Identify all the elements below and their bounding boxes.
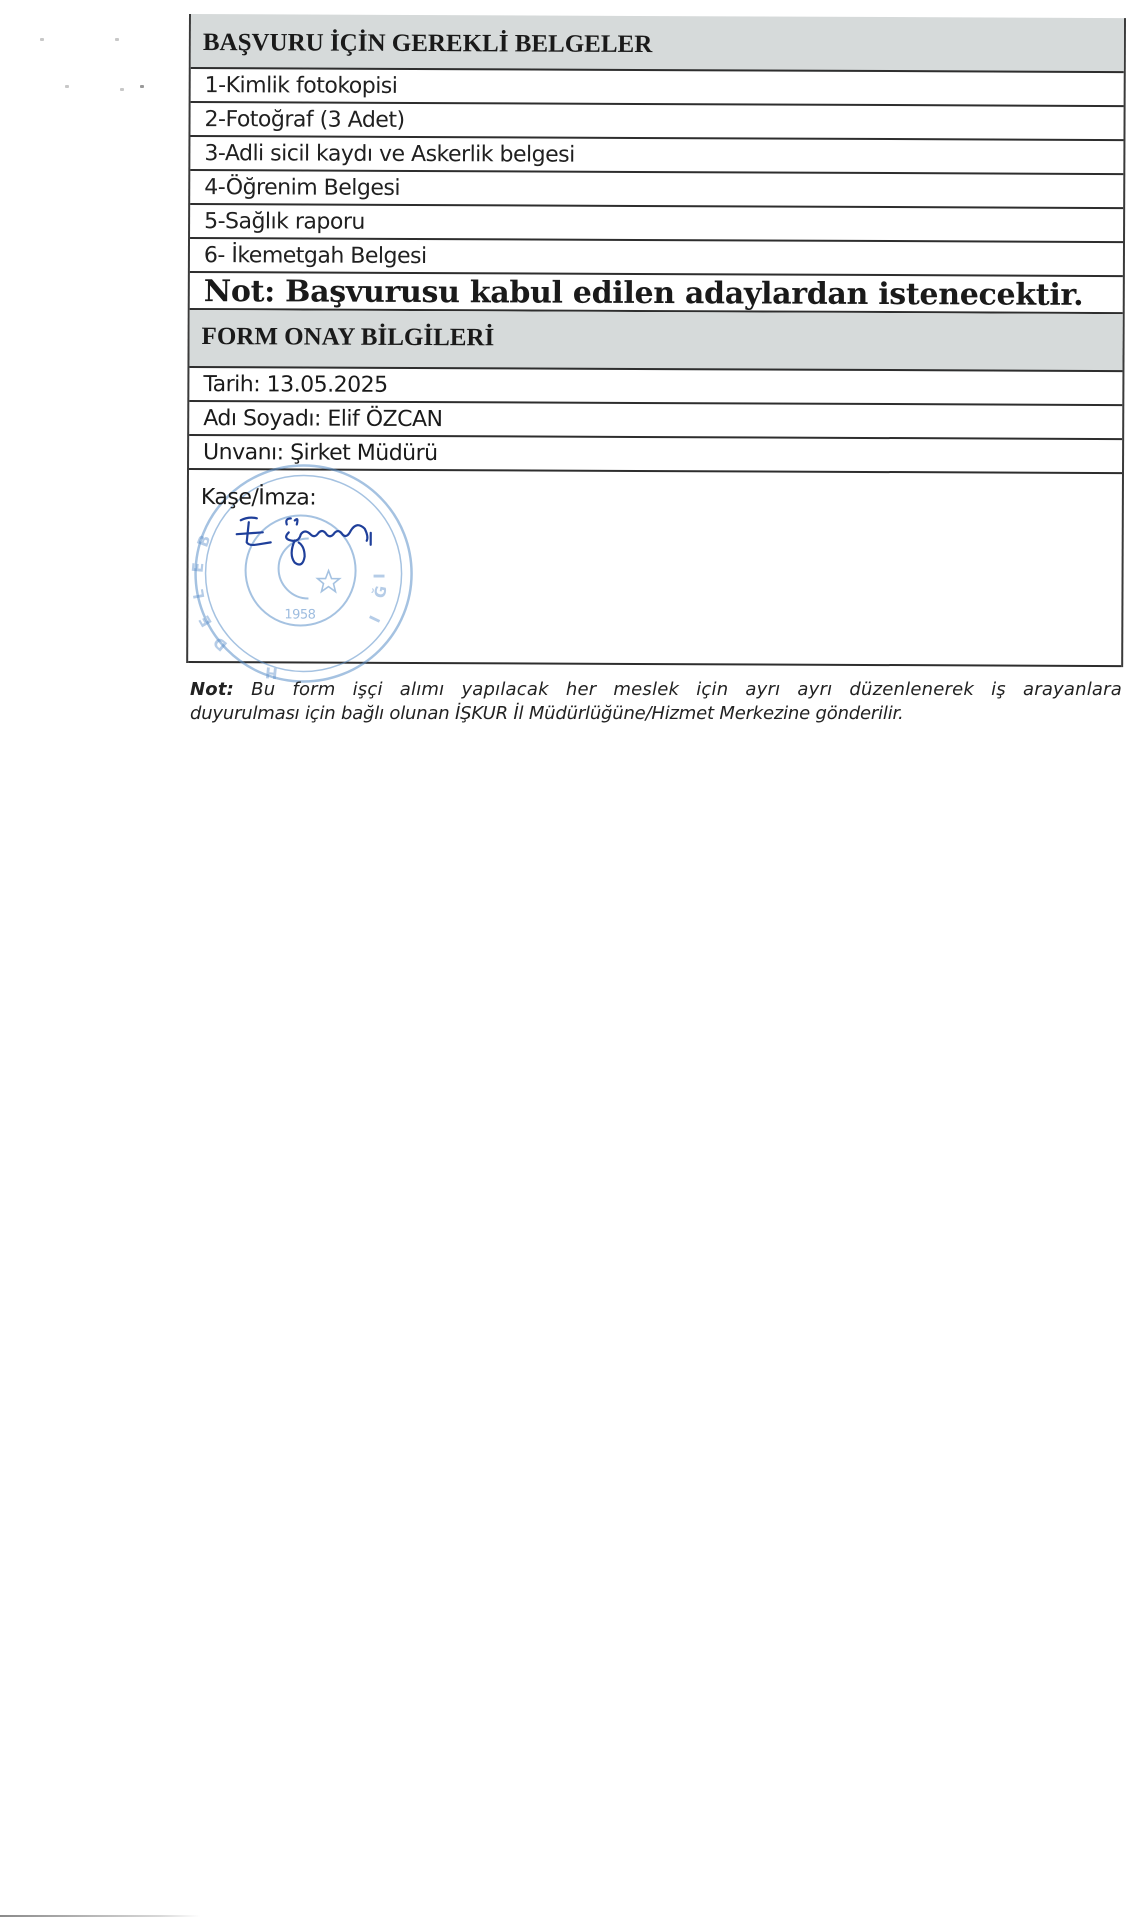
scan-speck (65, 85, 69, 88)
scan-speck (115, 38, 119, 41)
stamp-signature-area: 1958 B E L E D H I Ğ I Kaşe/İmza: (188, 470, 1122, 667)
required-document-item: 4-Öğrenim Belgesi (190, 171, 1123, 209)
svg-text:E: E (189, 562, 208, 574)
footnote-line-1: Not: Bu form işçi alımı yapılacak her me… (190, 678, 1122, 702)
scan-specks (30, 30, 170, 100)
svg-text:I: I (371, 574, 389, 579)
stamp-signature-label: Kaşe/İmza: (201, 484, 316, 513)
form-approval-header: FORM ONAY BİLGİLERİ (189, 310, 1122, 372)
footnote-line-1-text: Bu form işçi alımı yapılacak her meslek … (251, 679, 1122, 700)
scan-speck (40, 38, 44, 41)
required-document-item: 3-Adli sicil kaydı ve Askerlik belgesi (190, 137, 1123, 175)
scan-speck (120, 88, 124, 91)
approval-date: Tarih: 13.05.2025 (189, 368, 1122, 406)
handwritten-signature-icon (229, 510, 379, 581)
required-document-item: 2-Fotoğraf (3 Adet) (190, 103, 1123, 141)
footnote: Not: Bu form işçi alımı yapılacak her me… (190, 678, 1122, 726)
svg-text:Ğ: Ğ (370, 584, 391, 599)
svg-text:B: B (194, 533, 215, 550)
scan-speck (140, 85, 144, 88)
required-document-item: 5-Sağlık raporu (190, 205, 1123, 243)
svg-text:I: I (366, 613, 384, 625)
required-documents-header: BAŞVURU İÇİN GEREKLİ BELGELER (191, 14, 1124, 73)
page-edge-divider (0, 1915, 200, 1917)
svg-text:D: D (210, 633, 231, 654)
required-document-item: 1-Kimlik fotokopisi (191, 69, 1124, 107)
approval-title: Unvanı: Şirket Müdürü (189, 436, 1122, 474)
stamp-year: 1958 (284, 607, 315, 622)
svg-text:E: E (195, 612, 216, 630)
required-documents-note: Not: Başvurusu kabul edilen adaylardan i… (190, 273, 1123, 314)
footnote-line-2: duyurulması için bağlı olunan İŞKUR İl M… (190, 702, 1122, 726)
application-form-table: BAŞVURU İÇİN GEREKLİ BELGELER 1-Kimlik f… (186, 14, 1126, 667)
svg-text:L: L (189, 588, 208, 601)
required-document-item: 6- İkemetgah Belgesi (190, 239, 1123, 277)
footnote-lead: Not: (190, 679, 234, 700)
approval-name: Adı Soyadı: Elif ÖZCAN (189, 402, 1122, 440)
